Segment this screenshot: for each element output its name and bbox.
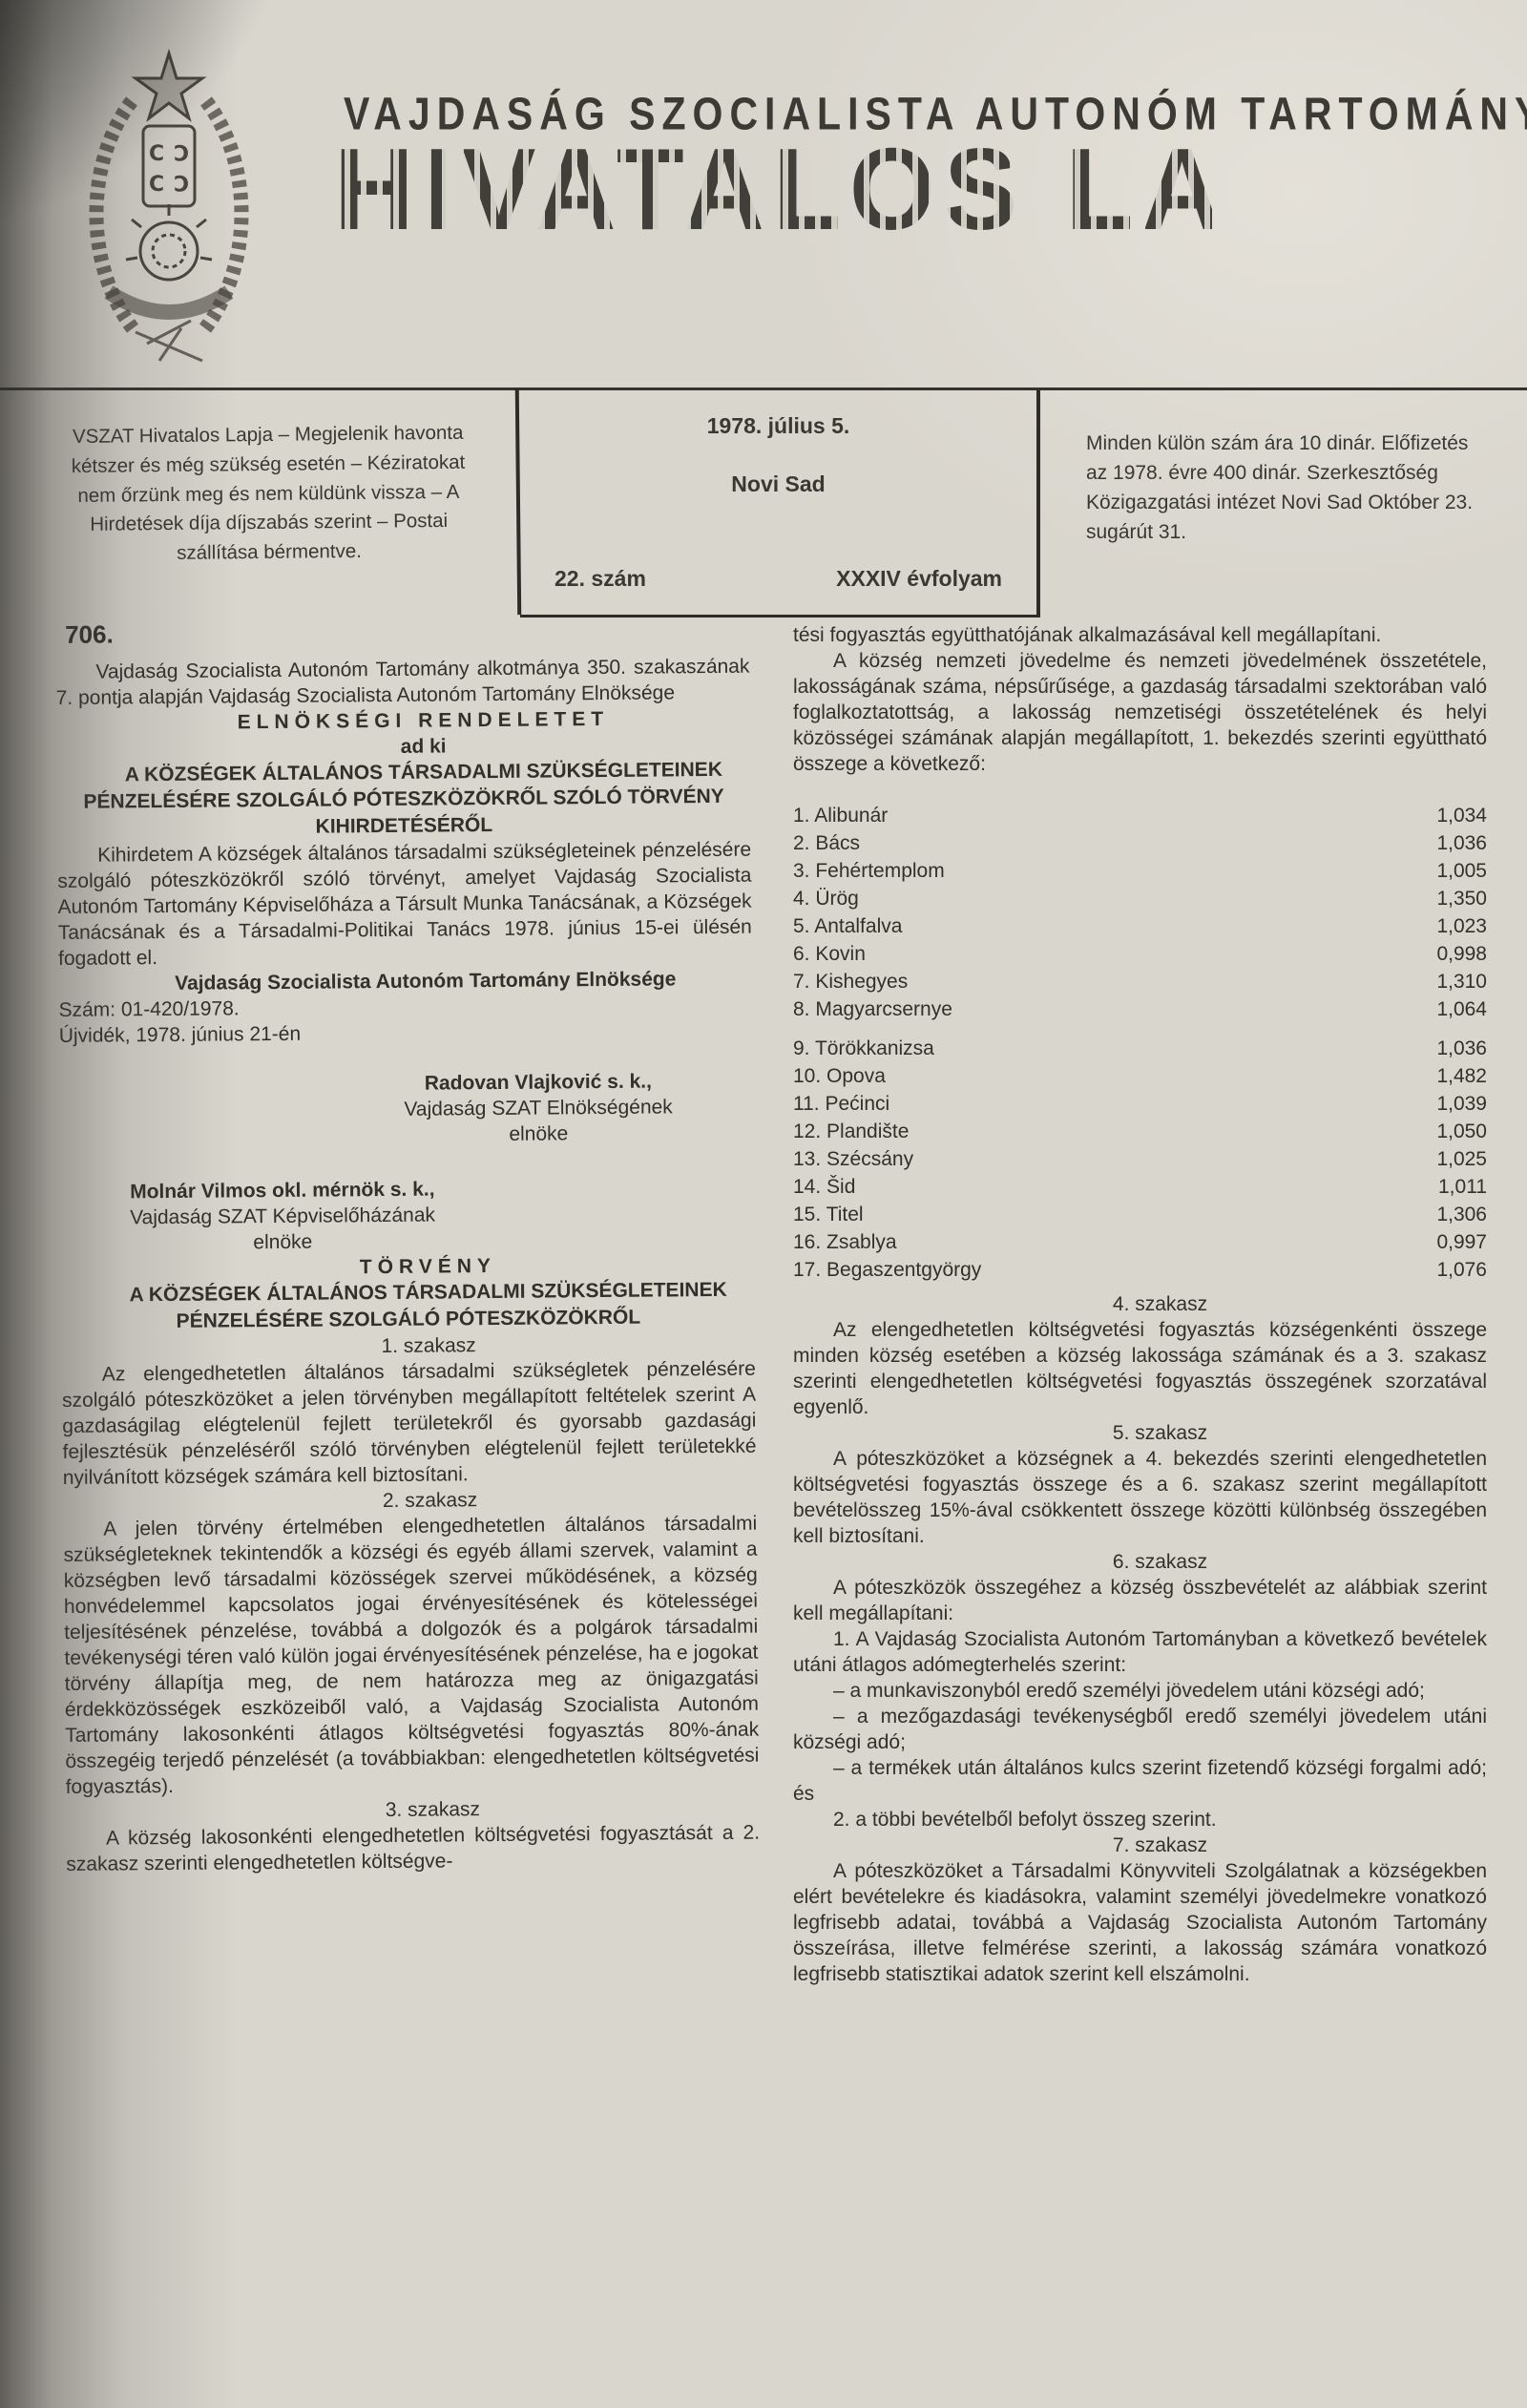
publication-notice: VSZAT Hivatalos Lapja – Megjelenik havon… <box>0 387 521 620</box>
svg-text:C: C <box>149 142 164 166</box>
coefficient-value: 1,025 <box>1436 1145 1487 1173</box>
right-column: tési fogyasztás együtthatójának alkalmaz… <box>793 622 1487 1987</box>
section-heading: 4. szakasz <box>793 1291 1487 1317</box>
coefficient-label: 15. Titel <box>793 1201 864 1228</box>
coefficient-value: 1,005 <box>1436 857 1487 885</box>
info-bar: VSZAT Hivatalos Lapja – Megjelenik havon… <box>0 390 1527 618</box>
gazette-page: CC CC VAJDASÁG SZOCIALISTA AUTONÓM TARTO… <box>0 0 1527 2408</box>
article-body: 706. Vajdaság Szocialista Autonóm Tartom… <box>55 622 1487 1987</box>
coefficient-label: 1. Alibunár <box>793 802 888 829</box>
coefficient-list: 1. Alibunár 1,034 2. Bács 1,036 3. Fehér… <box>793 802 1487 1284</box>
coefficient-row: 13. Szécsány 1,025 <box>793 1145 1487 1173</box>
coefficient-row: 1. Alibunár 1,034 <box>793 802 1487 829</box>
coefficient-row: 11. Pećinci 1,039 <box>793 1090 1487 1118</box>
svg-text:C: C <box>149 173 164 197</box>
issue-number-row: 22. szám XXXIV évfolyam <box>554 566 1002 601</box>
section-list-item: – a termékek után általános kulcs szerin… <box>793 1755 1487 1807</box>
signature-president-role: elnöke <box>324 1120 754 1149</box>
section-list-item: – a mezőgazdasági tevékenységből eredő s… <box>793 1704 1487 1755</box>
section-paragraph: Az elengedhetetlen általános társadalmi … <box>62 1356 757 1491</box>
svg-text:C: C <box>174 139 189 163</box>
article-number: 706. <box>65 617 749 648</box>
coefficient-value: 1,306 <box>1436 1201 1487 1228</box>
section-paragraph: A póteszközöket a községnek a 4. bekezdé… <box>793 1446 1487 1549</box>
coefficient-label: 14. Šid <box>793 1173 855 1201</box>
coefficient-label: 2. Bács <box>793 829 860 857</box>
coefficient-value: 0,998 <box>1436 940 1487 968</box>
coefficient-row: 8. Magyarcsernye 1,064 <box>793 995 1487 1023</box>
coefficient-label: 7. Kishegyes <box>793 968 908 995</box>
signature-president-org: Vajdaság SZAT Elnökségének <box>324 1094 754 1123</box>
section-paragraph: A község lakosonkénti elengedhetetlen kö… <box>66 1820 760 1877</box>
section-list-item: – a munkaviszonyból eredő személyi jöved… <box>793 1678 1487 1704</box>
gazette-title: HIVATALOS LAPJA <box>334 131 1212 247</box>
coefficient-row: 17. Begaszentgyörgy 1,076 <box>793 1256 1487 1284</box>
issue-number: 22. szám <box>554 566 646 592</box>
section-paragraph: A póteszközöket a Társadalmi Könyvviteli… <box>793 1858 1487 1987</box>
issue-city: Novi Sad <box>554 471 1002 497</box>
signature-president-name: Radovan Vlajković s. k., <box>323 1068 753 1098</box>
coefficient-label: 6. Kovin <box>793 940 866 968</box>
coefficient-label: 17. Begaszentgyörgy <box>793 1256 981 1284</box>
section-paragraph: Az elengedhetetlen költségvetési fogyasz… <box>793 1317 1487 1420</box>
coefficient-value: 1,036 <box>1436 1035 1487 1062</box>
coefficient-label: 5. Antalfalva <box>793 912 902 940</box>
left-column: 706. Vajdaság Szocialista Autonóm Tartom… <box>55 617 761 1987</box>
coefficient-intro: A község nemzeti jövedelme és nemzeti jö… <box>793 648 1487 777</box>
signature-speaker-org: Vajdaság SZAT Képviselőházának <box>60 1202 504 1231</box>
coefficient-row: 7. Kishegyes 1,310 <box>793 968 1487 995</box>
coefficient-row: 5. Antalfalva 1,023 <box>793 912 1487 940</box>
coefficient-label: 13. Szécsány <box>793 1145 913 1173</box>
svg-text:C: C <box>174 170 189 194</box>
coefficient-label: 11. Pećinci <box>793 1090 889 1118</box>
section-heading: 7. szakasz <box>793 1832 1487 1858</box>
coefficient-label: 10. Opova <box>793 1062 886 1090</box>
coefficient-row: 14. Šid 1,011 <box>793 1173 1487 1201</box>
coefficient-label: 8. Magyarcsernye <box>793 995 952 1023</box>
coefficient-row: 10. Opova 1,482 <box>793 1062 1487 1090</box>
signature-speaker: Molnár Vilmos okl. mérnök s. k., Vajdasá… <box>60 1176 505 1257</box>
coefficient-row: 16. Zsablya 0,997 <box>793 1228 1487 1256</box>
coefficient-value: 1,023 <box>1436 912 1487 940</box>
coat-of-arms-emblem: CC CC <box>69 46 269 380</box>
star-icon <box>136 53 202 118</box>
coefficient-label: 16. Zsablya <box>793 1228 897 1256</box>
coefficient-label: 3. Fehértemplom <box>793 857 945 885</box>
place-date-line: Újvidék, 1978. június 21-én <box>59 1017 753 1049</box>
coefficient-row: 12. Plandište 1,050 <box>793 1118 1487 1145</box>
promulgation-paragraph: Kihirdetem A községek általános társadal… <box>57 837 752 972</box>
coefficient-row: 2. Bács 1,036 <box>793 829 1487 857</box>
issue-date: 1978. július 5. <box>554 413 1002 439</box>
coefficient-label: 9. Törökkanizsa <box>793 1035 934 1062</box>
section-paragraph: 2. a többi bevételből befolyt összeg sze… <box>793 1807 1487 1832</box>
coefficient-value: 1,039 <box>1436 1090 1487 1118</box>
coefficient-row: 4. Ürög 1,350 <box>793 885 1487 912</box>
coefficient-value: 1,011 <box>1438 1173 1487 1201</box>
signature-speaker-role: elnöke <box>61 1227 505 1257</box>
coefficient-row: 15. Titel 1,306 <box>793 1201 1487 1228</box>
section-paragraph: 1. A Vajdaság Szocialista Autonóm Tartom… <box>793 1626 1487 1678</box>
coefficient-row: 9. Törökkanizsa 1,036 <box>793 1035 1487 1062</box>
law-title: A KÖZSÉGEK ÁLTALÁNOS TÁRSADALMI SZÜKSÉGL… <box>61 1277 755 1336</box>
coefficient-row: 6. Kovin 0,998 <box>793 940 1487 968</box>
coefficient-row: 3. Fehértemplom 1,005 <box>793 857 1487 885</box>
article-intro: Vajdaság Szocialista Autonóm Tartomány a… <box>55 654 749 711</box>
coefficient-value: 1,076 <box>1436 1256 1487 1284</box>
price-notice: Minden külön szám ára 10 dinár. Előfizet… <box>1040 390 1527 618</box>
coefficient-value: 1,034 <box>1436 802 1487 829</box>
issue-info: 1978. július 5. Novi Sad 22. szám XXXIV … <box>520 390 1040 618</box>
decree-title: A KÖZSÉGEK ÁLTALÁNOS TÁRSADALMI SZÜKSÉGL… <box>56 757 751 843</box>
issue-volume: XXXIV évfolyam <box>836 566 1002 592</box>
continuation-paragraph: tési fogyasztás együtthatójának alkalmaz… <box>793 622 1487 648</box>
coefficient-value: 0,997 <box>1436 1228 1487 1256</box>
section-heading: 5. szakasz <box>793 1420 1487 1446</box>
coefficient-value: 1,036 <box>1436 829 1487 857</box>
coefficient-label: 4. Ürög <box>793 885 859 912</box>
coefficient-value: 1,050 <box>1436 1118 1487 1145</box>
coefficient-value: 1,350 <box>1436 885 1487 912</box>
section-paragraph: A jelen törvény értelmében elengedhetetl… <box>63 1511 760 1800</box>
signature-president: Radovan Vlajković s. k., Vajdaság SZAT E… <box>323 1068 753 1149</box>
coefficient-value: 1,482 <box>1436 1062 1487 1090</box>
section-heading: 6. szakasz <box>793 1549 1487 1575</box>
coefficient-value: 1,064 <box>1436 995 1487 1023</box>
signature-speaker-name: Molnár Vilmos okl. mérnök s. k., <box>60 1176 504 1205</box>
section-paragraph: A póteszközök összegéhez a község összbe… <box>793 1575 1487 1626</box>
coefficient-label: 12. Plandište <box>793 1118 909 1145</box>
coefficient-value: 1,310 <box>1436 968 1487 995</box>
